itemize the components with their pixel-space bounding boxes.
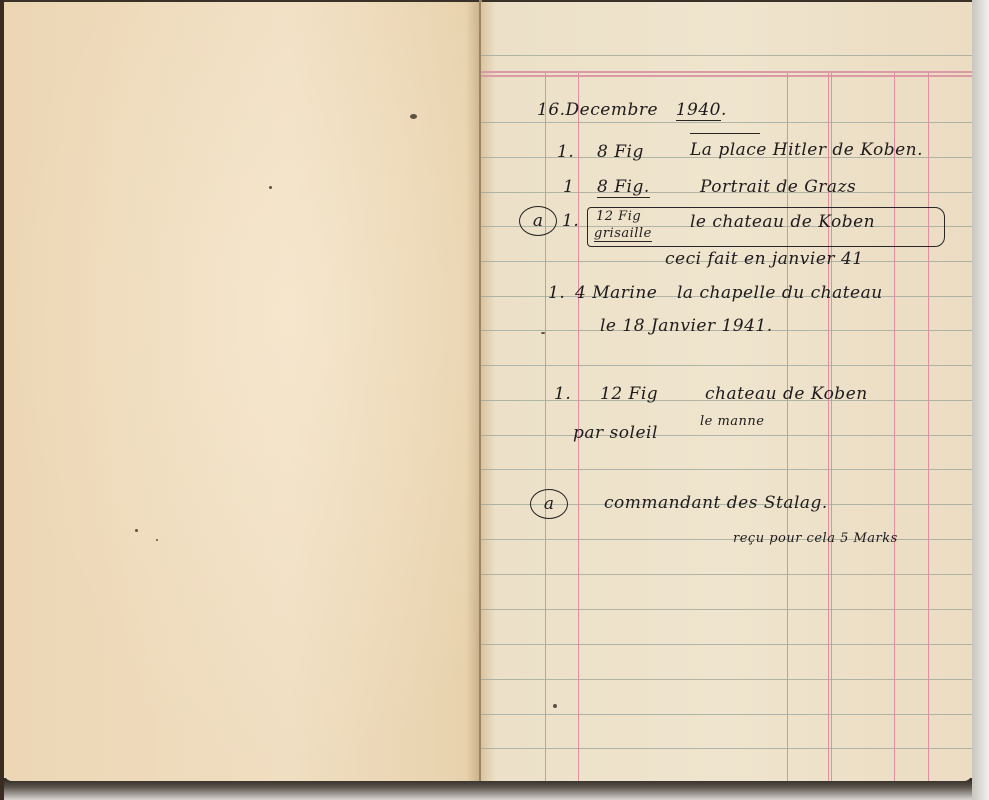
entry-2-qty: 1 (563, 177, 574, 197)
ruled-line (481, 714, 972, 715)
ink-fleck (553, 704, 557, 708)
ruled-line (481, 469, 972, 470)
ink-fleck (156, 539, 158, 541)
entry-2-format: 8 Fig. (597, 177, 650, 198)
ruled-line (481, 435, 972, 436)
ruled-line (481, 55, 972, 56)
entry-3-qty: 1. (562, 211, 579, 231)
entry-3-comment: ceci fait en janvier 41 (665, 249, 864, 269)
entry-3-note: grisaille (594, 226, 652, 242)
column-line (928, 73, 929, 781)
entry-3-subject: le chateau de Koben (690, 212, 875, 232)
header-rule (481, 75, 972, 77)
entry-1-subject: La place Hitler de Koben. (690, 140, 923, 160)
column-line (894, 73, 895, 781)
heading-month: Decembre (566, 100, 658, 120)
entry-3-format: 12 Fig (596, 209, 641, 224)
entry-4-subject: la chapelle du chateau (677, 283, 883, 303)
entry-2-subject: Portrait de Grazs (700, 177, 856, 197)
ruled-line (481, 574, 972, 575)
entry-5-qty: 1. (554, 384, 571, 404)
scan-bottom-shadow (0, 778, 989, 800)
footnote-marker-a: a (519, 206, 557, 236)
ink-fleck (135, 529, 138, 532)
footnote-marker-a: a (530, 489, 568, 519)
header-rule (481, 71, 972, 73)
ruled-line (481, 748, 972, 749)
entry-5-subject: chateau de Koben (705, 384, 868, 404)
ink-fleck (269, 186, 272, 189)
entry-1-qty: 1. (557, 142, 574, 162)
ink-fleck (541, 332, 545, 334)
ink-fleck (410, 114, 417, 119)
ruled-line (481, 609, 972, 610)
heading-year: 1940 (676, 100, 721, 121)
ruled-line (481, 679, 972, 680)
margin-line (545, 73, 546, 781)
left-page (4, 2, 480, 781)
ruled-line (481, 644, 972, 645)
heading-rule (690, 133, 760, 134)
entry-4-qty: 1. (548, 283, 565, 303)
heading-date: 16.Decembre 1940. (537, 100, 727, 120)
ruled-line (481, 122, 972, 123)
entry-4-format: 4 Marine (575, 283, 657, 303)
entry-5-extra: par soleil (573, 423, 658, 443)
entry-5-extra2: le manne (700, 414, 765, 429)
scan-right-background (972, 0, 989, 800)
entry-4-date: le 18 Janvier 1941. (600, 316, 773, 336)
entry-5-format: 12 Fig (600, 384, 658, 404)
ruled-line (481, 365, 972, 366)
heading-day: 16 (537, 100, 560, 120)
entry-1-format: 8 Fig (597, 142, 644, 162)
footnote-text: commandant des Stalag. (604, 493, 828, 513)
footnote-payment: reçu pour cela 5 Marks (733, 531, 898, 546)
ruled-line (481, 539, 972, 540)
